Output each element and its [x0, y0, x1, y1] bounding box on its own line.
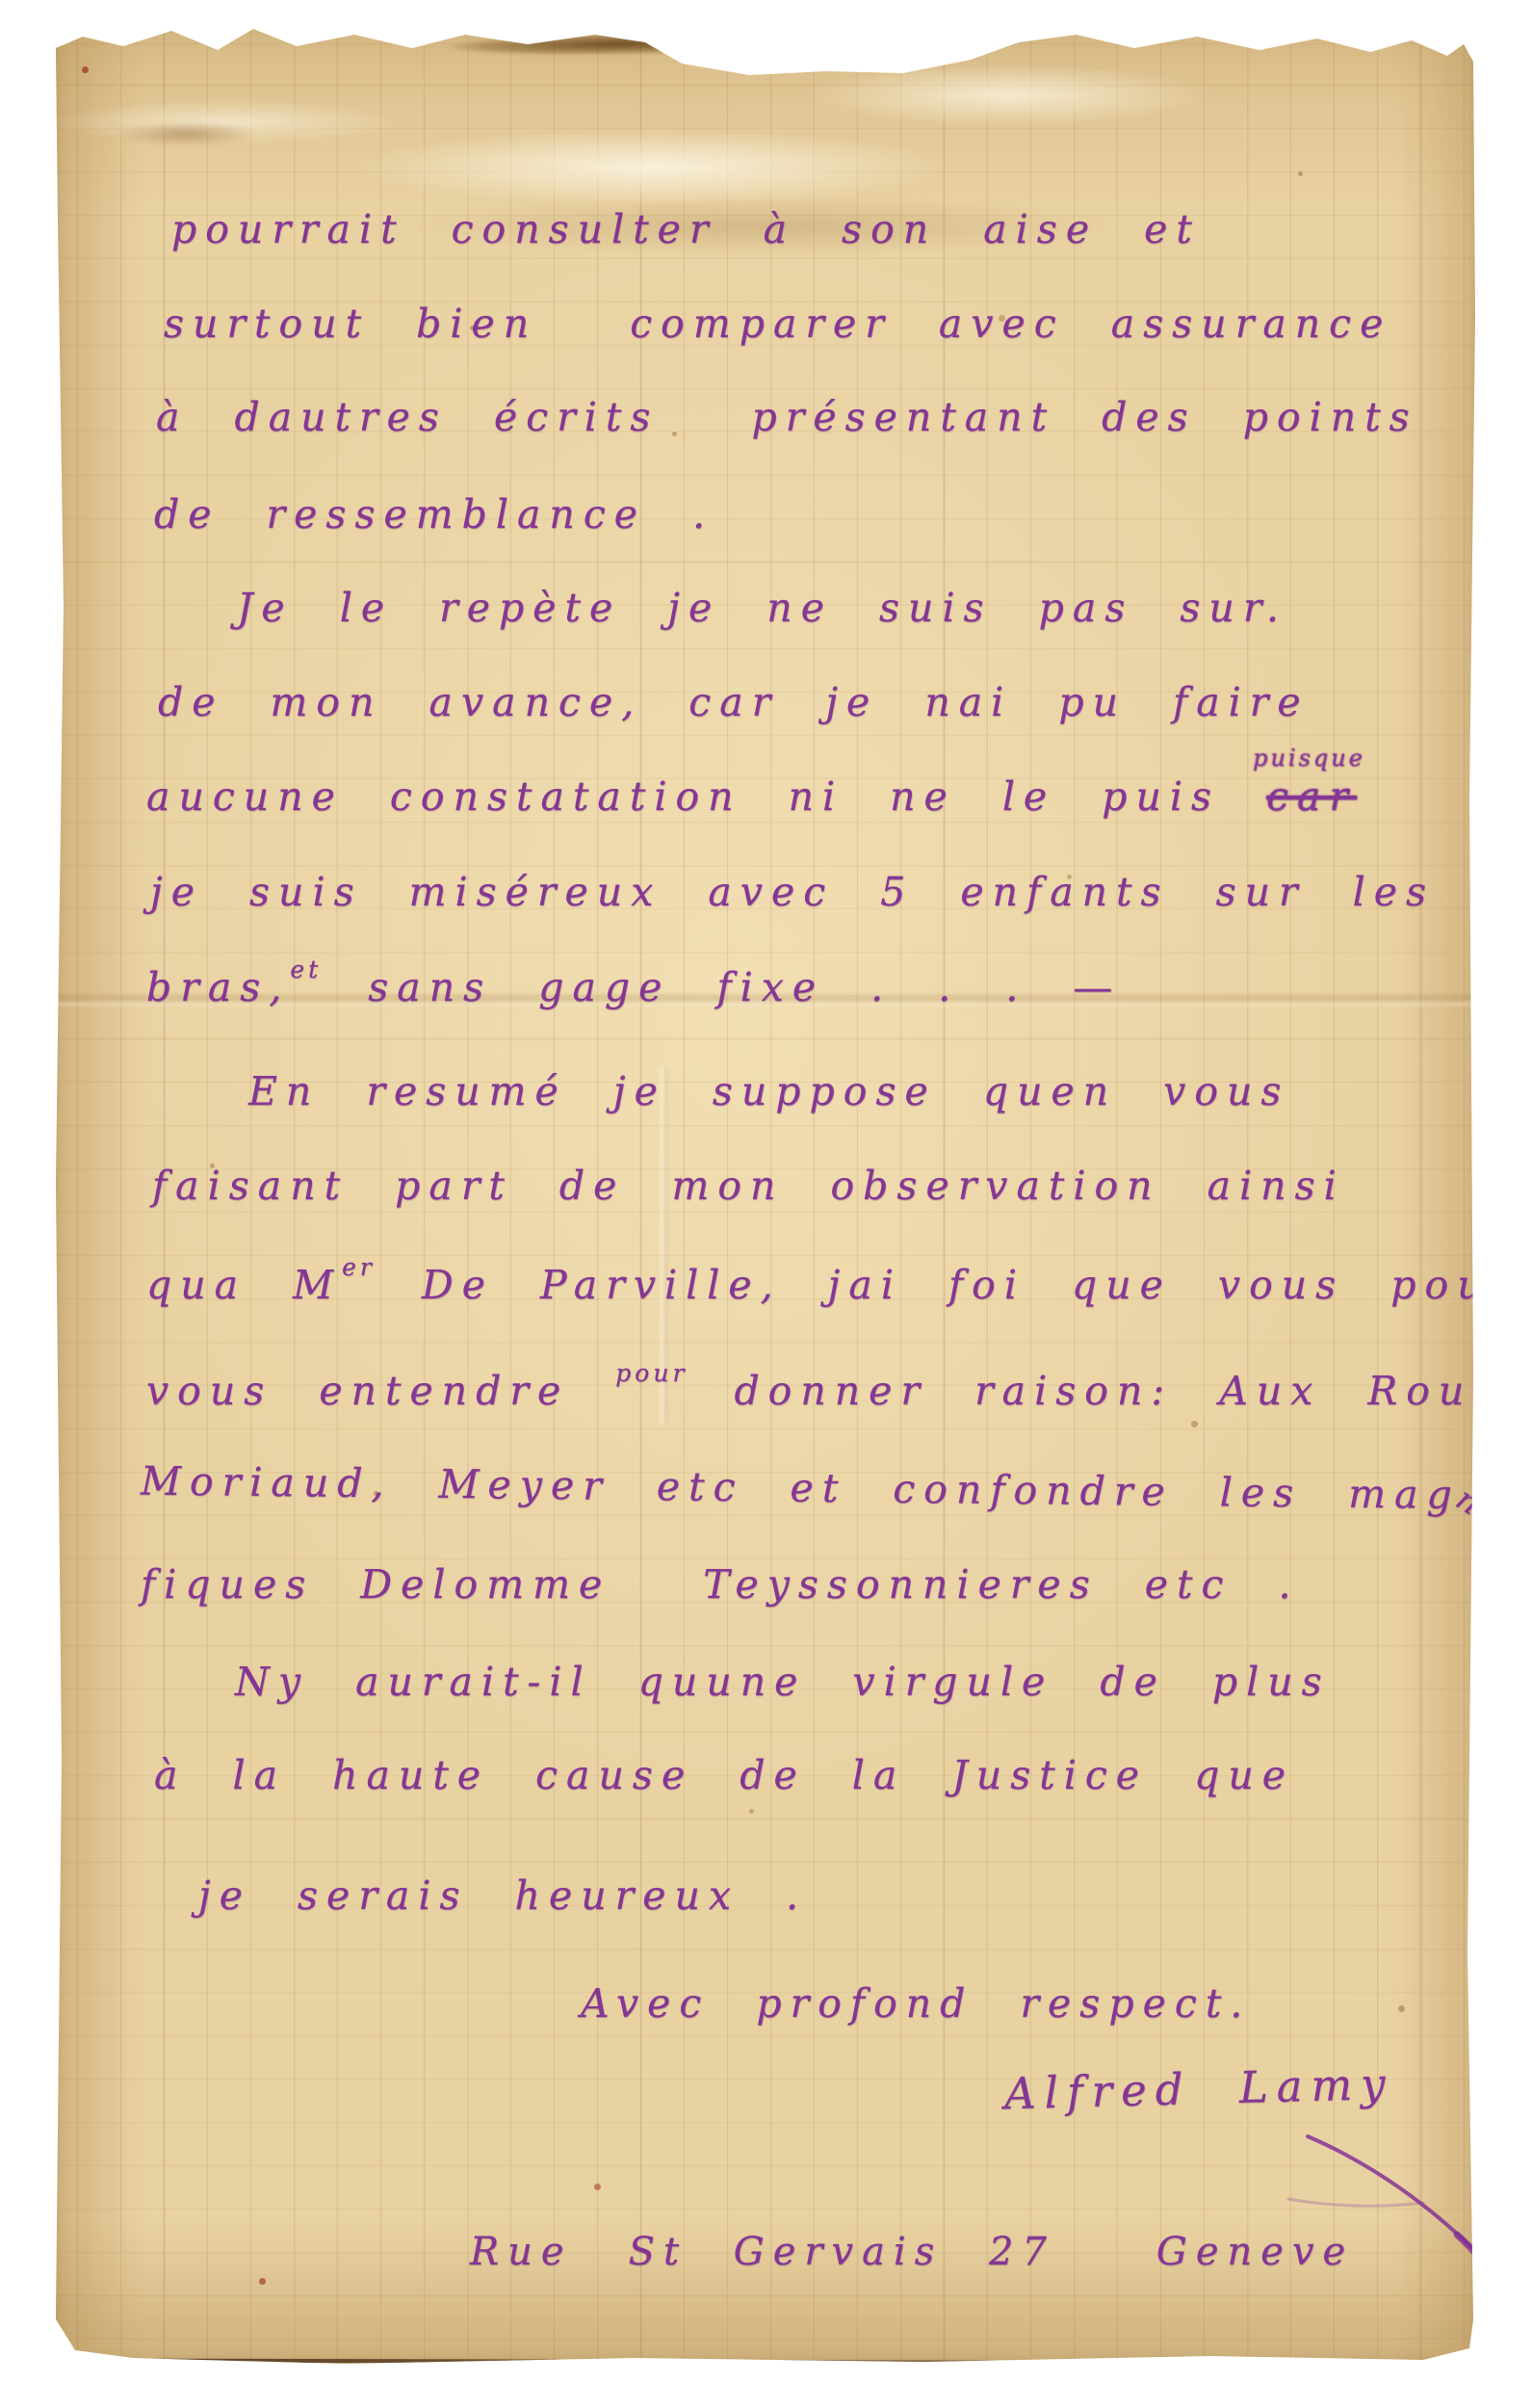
letter-text: pourrait consulter à son aise et [171, 206, 1201, 252]
letter-line: faisant part de mon observation ainsi [152, 1166, 1345, 1206]
letter-text: de ressemblance . [154, 491, 714, 537]
letter-text: donner raison: Aux Rougemont [688, 1368, 1532, 1414]
inserted-word: pour [615, 1359, 688, 1387]
letter-text: à dautres écrits présentant des points [156, 394, 1418, 440]
letter-line: surtout bien comparer avec assurance [164, 304, 1391, 344]
letter-text: à la haute cause de la Justice que [154, 1752, 1294, 1798]
letter-line: Je le repète je ne suis pas sur. [237, 589, 1287, 628]
letter-text: sans gage fixe . . . — [322, 964, 1121, 1010]
inserted-word: et [290, 955, 322, 983]
letter-text: de mon avance, car je nai pu faire [158, 679, 1310, 725]
letter-text: Moriaud, Meyer etc et confondre les mag [141, 1458, 1461, 1518]
signature-flourish [1250, 2107, 1500, 2271]
letter-line: vous entendre pour donner raison: Aux Ro… [146, 1372, 1532, 1411]
letter-line: Moriaud, Meyer etc et confondre les magn… [141, 1462, 1509, 1516]
letter-text: En resumé je suppose quen vous [248, 1068, 1289, 1114]
letter-text: je serais heureux . [198, 1872, 807, 1919]
paper-bottom-edge [69, 2358, 1464, 2365]
letter-text: surtout bien comparer avec assurance [164, 301, 1391, 347]
letter-line: En resumé je suppose quen vous [248, 1072, 1289, 1112]
letter-text: De Parville, jai foi que vous pourrez [376, 1262, 1532, 1308]
letter-text: vous entendre [146, 1368, 615, 1414]
letter-line: je suis miséreux avec 5 enfants sur les [150, 873, 1435, 912]
scan-background: pourrait consulter à son aise etsurtout … [0, 0, 1532, 2408]
letter-text: faisant part de mon observation ainsi [152, 1163, 1345, 1209]
letter-text: qua M [146, 1262, 342, 1308]
letter-line: Ny aurait-il quune virgule de plus [235, 1662, 1331, 1702]
struck-word: carpuisque [1266, 777, 1357, 817]
letter-text: Avec profond respect. [581, 1980, 1251, 2027]
letter-line: Avec profond respect. [581, 1984, 1251, 2024]
letter-text: je suis miséreux avec 5 enfants sur les [150, 869, 1435, 915]
letter-line: je serais heureux . [198, 1876, 807, 1916]
letter-line: à dautres écrits présentant des points [156, 398, 1418, 437]
letter-text: Je le repète je ne suis pas sur. [237, 585, 1287, 631]
letter-line: de ressemblance . [154, 495, 714, 535]
letter-text-layer: pourrait consulter à son aise etsurtout … [56, 27, 1475, 2366]
letter-line: pourrait consulter à son aise et [171, 210, 1201, 249]
letter-paper: pourrait consulter à son aise etsurtout … [56, 27, 1475, 2366]
letter-text: bras, [146, 964, 290, 1010]
letter-text: Rue [470, 2230, 573, 2274]
letter-line: aucune constatation ni ne le puis carpui… [146, 777, 1357, 817]
letter-text: fiques Delomme Teyssonnieres etc . [141, 1561, 1300, 1608]
address: RueSt Gervais 27Geneve [470, 2233, 1354, 2271]
foxing-spots [56, 27, 61, 32]
inserted-word: er [342, 1253, 376, 1281]
letter-line: de mon avance, car je nai pu faire [158, 683, 1310, 722]
letter-line: qua Mer De Parville, jai foi que vous po… [146, 1266, 1532, 1305]
letter-text: St Gervais 27 [629, 2230, 1055, 2274]
letter-line: bras,et sans gage fixe . . . — [146, 968, 1121, 1008]
letter-line: à la haute cause de la Justice que [154, 1756, 1294, 1795]
inserted-word-above: puisque [1253, 746, 1365, 770]
letter-text: aucune constatation ni ne le puis [146, 773, 1266, 820]
letter-line: fiques Delomme Teyssonnieres etc . [141, 1565, 1300, 1605]
letter-text: Ny aurait-il quune virgule de plus [235, 1659, 1331, 1705]
